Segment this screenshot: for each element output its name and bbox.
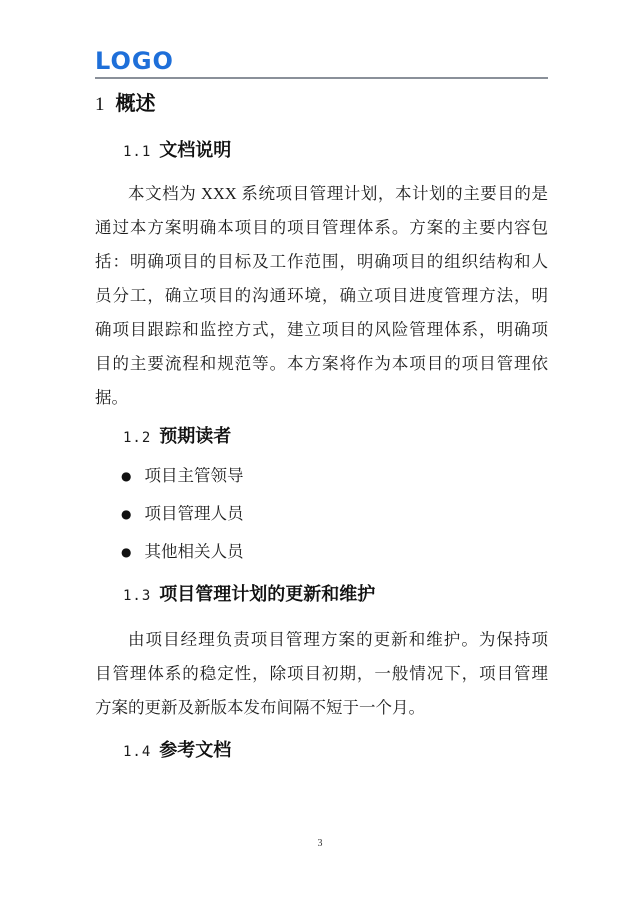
paragraph-line: 目管理体系的稳定性，除项目初期，一般情况下，项目管理 <box>95 657 548 691</box>
heading-doc-desc: 1.1文档说明 <box>123 139 548 163</box>
bullet-label: 其他相关人员 <box>144 533 243 571</box>
paragraph-line: 确项目跟踪和监控方式，建立项目的风险管理体系，明确项 <box>95 313 548 347</box>
heading-number: 1.3 <box>123 588 151 604</box>
heading-title: 文档说明 <box>159 140 231 160</box>
paragraph-doc-desc: 本文档为 XXX 系统项目管理计划，本计划的主要目的是 通过本方案明确本项目的项… <box>95 177 548 415</box>
header-divider <box>95 77 548 79</box>
bullet-item: ● 项目主管领导 <box>95 457 548 495</box>
paragraph-line: 由项目经理负责项目管理方案的更新和维护。为保持项 <box>95 623 548 657</box>
heading-overview: 1概述 <box>95 93 548 116</box>
logo: LOGO <box>95 48 548 74</box>
bullet-item: ● 项目管理人员 <box>95 495 548 533</box>
heading-number: 1.2 <box>123 430 151 446</box>
paragraph-maintenance: 由项目经理负责项目管理方案的更新和维护。为保持项 目管理体系的稳定性，除项目初期… <box>95 623 548 725</box>
heading-number: 1 <box>95 94 105 115</box>
paragraph-line: 方案的更新及新版本发布间隔不短于一个月。 <box>95 691 548 725</box>
bullet-item: ● 其他相关人员 <box>95 533 548 571</box>
readers-list: ● 项目主管领导 ● 项目管理人员 ● 其他相关人员 <box>95 457 548 571</box>
paragraph-line: 通过本方案明确本项目的项目管理体系。方案的主要内容包 <box>95 211 548 245</box>
bullet-icon: ● <box>121 495 131 533</box>
paragraph-line: 目的主要流程和规范等。本方案将作为本项目的项目管理依 <box>95 347 548 381</box>
bullet-icon: ● <box>121 533 131 571</box>
heading-readers: 1.2预期读者 <box>123 425 548 449</box>
paragraph-line: 括：明确项目的目标及工作范围，明确项目的组织结构和人 <box>95 245 548 279</box>
bullet-label: 项目主管领导 <box>144 457 243 495</box>
document-page: LOGO 1概述 1.1文档说明 本文档为 XXX 系统项目管理计划，本计划的主… <box>0 0 640 906</box>
page-number: 3 <box>0 838 640 849</box>
heading-title: 概述 <box>116 93 156 115</box>
heading-maintenance: 1.3项目管理计划的更新和维护 <box>123 583 548 607</box>
heading-title: 预期读者 <box>159 426 231 446</box>
bullet-icon: ● <box>121 457 131 495</box>
bullet-label: 项目管理人员 <box>144 495 243 533</box>
paragraph-line: 员分工，确立项目的沟通环境，确立项目进度管理方法，明 <box>95 279 548 313</box>
heading-number: 1.4 <box>123 744 151 760</box>
paragraph-line: 本文档为 XXX 系统项目管理计划，本计划的主要目的是 <box>95 177 548 211</box>
heading-references: 1.4参考文档 <box>123 739 548 763</box>
heading-number: 1.1 <box>123 144 151 160</box>
heading-title: 参考文档 <box>159 740 231 760</box>
paragraph-line: 据。 <box>95 381 548 415</box>
heading-title: 项目管理计划的更新和维护 <box>159 584 375 604</box>
